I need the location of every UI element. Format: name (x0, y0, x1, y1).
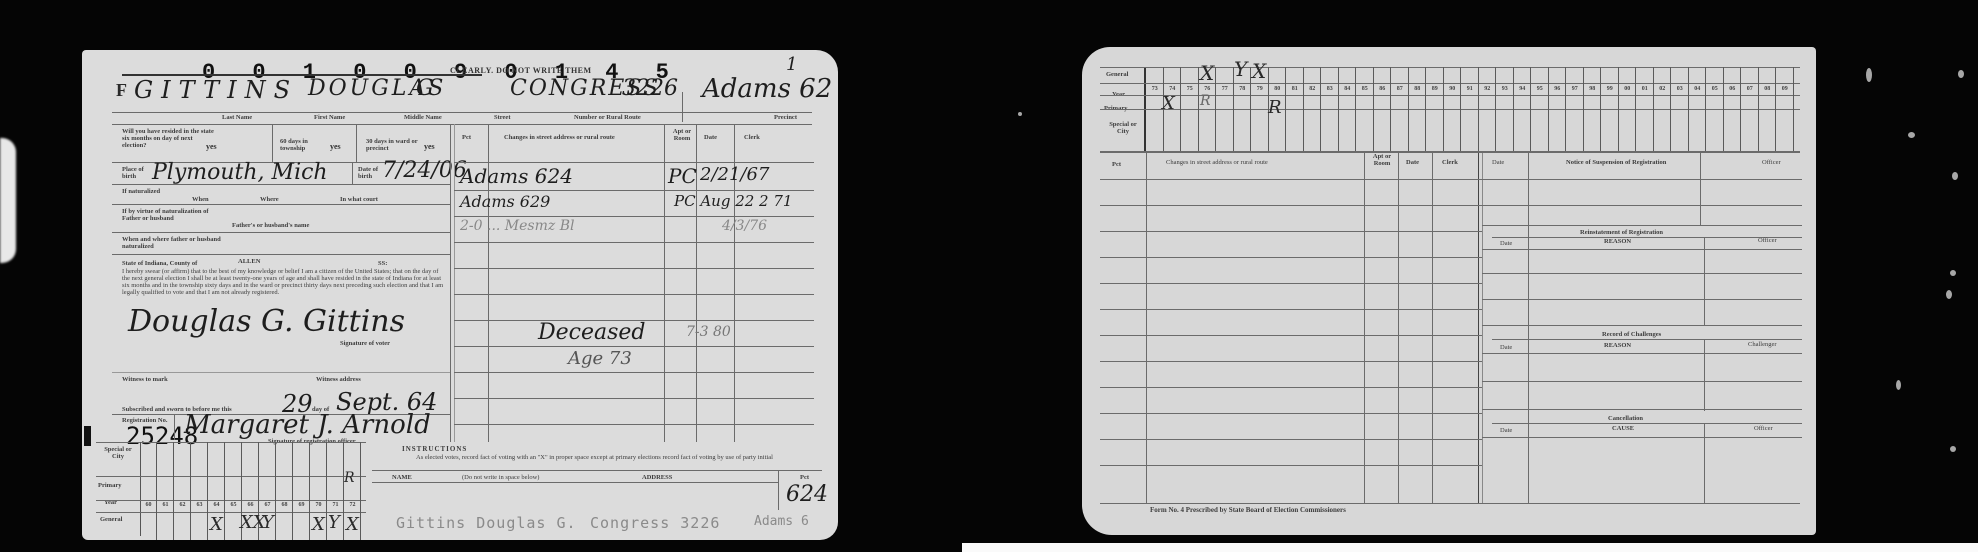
col-header-clerk: Clerk (744, 134, 760, 141)
suspension-header-notice: Notice of Suspension of Registration (1566, 159, 1666, 166)
change-row-3-date: 4/3/76 (722, 218, 767, 234)
challenges-title: Record of Challenges (1602, 331, 1661, 338)
primary-mark-72: R (344, 470, 355, 486)
col-header-apt: Apt or Room (670, 128, 694, 142)
oath-text: I hereby swear (or affirm) that to the b… (122, 268, 448, 296)
instructions-text: As elected votes, record fact of voting … (416, 454, 826, 461)
label-resided-township: 60 days in township (280, 138, 328, 152)
label-pct: Pct (800, 474, 809, 481)
scan-dust (1908, 132, 1915, 138)
scan-dust (1950, 270, 1956, 276)
label-address: ADDRESS (642, 474, 672, 481)
label-place-of-birth: Place of birth (122, 166, 148, 180)
back-primary-mark-80: R (1268, 97, 1282, 118)
back-general-mark-78: Y (1234, 57, 1247, 81)
back-primary-mark-76: R (1200, 93, 1211, 109)
typed-address: Congress 3226 (590, 514, 720, 532)
label-resided-state: Will you have resided in the state six m… (122, 128, 216, 149)
instructions-title: INSTRUCTIONS (402, 446, 467, 453)
label-ss: SS: (378, 260, 387, 267)
answer-township-yes: yes (330, 142, 341, 151)
change-row-1-apt: PC (668, 164, 697, 188)
header-notice: CLEARLY. DO NOT WRITE THEM (450, 66, 592, 75)
general-mark-67: Y (262, 512, 274, 533)
reinstatement-title: Reinstatement of Registration (1580, 229, 1663, 236)
reinstatement-header-date: Date (1500, 240, 1512, 247)
index-tab-mark (84, 426, 91, 446)
cancellation-header-cause: CAUSE (1612, 425, 1634, 432)
precinct-value: Adams 62 (702, 74, 832, 104)
answer-ward-yes: yes (424, 142, 435, 151)
change-row-1-date: 2/21/67 (700, 164, 769, 185)
label-when-where-father: When and where father or husband natural… (122, 236, 222, 250)
scan-dust (1018, 112, 1022, 116)
cancellation-header-officer: Officer (1754, 425, 1773, 432)
label-first-name: First Name (314, 114, 345, 121)
suspension-header-officer: Officer (1762, 159, 1781, 166)
typed-name: Gittins Douglas G. (396, 514, 577, 532)
challenges-header-reason: REASON (1604, 342, 1631, 349)
registration-card-back: General Year Primary Special or City 73 … (1082, 47, 1816, 535)
back-grid-label-general: General (1106, 71, 1128, 78)
label-father-husband: If by virtue of naturalization of Father… (122, 208, 212, 222)
scan-dust (1866, 68, 1872, 82)
general-mark-72: X (346, 514, 359, 535)
county-value: ALLEN (238, 258, 260, 265)
change-row-7-address: Age 73 (568, 348, 632, 369)
typed-precinct: Adams 6 (754, 514, 809, 529)
place-of-birth-value: Plymouth, Mich (152, 160, 328, 185)
scan-dust (1896, 380, 1901, 390)
label-signature-voter: Signature of voter (340, 340, 390, 347)
scan-artifact (0, 138, 16, 263)
middle-name: G (416, 76, 434, 101)
general-mark-71: Y (328, 512, 340, 533)
officer-signature: Margaret J. Arnold (184, 410, 431, 440)
scan-dust (1946, 290, 1952, 299)
scan-dust (1950, 446, 1956, 452)
label-witness-address: Witness address (316, 376, 361, 383)
label-no-write: (Do not write in space below) (462, 474, 539, 481)
voting-grid-labels: Special or City Primary Year General (96, 442, 141, 536)
challenges-header-challenger: Challenger (1748, 341, 1777, 348)
label-name: NAME (392, 474, 412, 481)
label-when: When (192, 196, 209, 203)
label-court: In what court (340, 196, 378, 203)
general-mark-64: X (210, 514, 223, 535)
change-row-2-address: Adams 629 (460, 192, 550, 211)
grid-label-general: General (100, 516, 122, 523)
pct-value: 624 (786, 482, 828, 507)
grid-label-special: Special or City (100, 446, 136, 460)
house-number: 3226 (622, 76, 678, 101)
label-witness-mark: Witness to mark (122, 376, 168, 383)
cancellation-title: Cancellation (1608, 415, 1643, 422)
reinstatement-header-officer: Officer (1758, 237, 1777, 244)
col-header-pct: Pct (462, 134, 471, 141)
back-col-header-changes: Changes in street address or rural route (1166, 159, 1268, 166)
reinstatement-header-reason: REASON (1604, 238, 1631, 245)
label-number: Number or Rural Route (574, 114, 641, 121)
label-naturalized: If naturalized (122, 188, 182, 195)
registration-card-front: 0 0 1 0 0 9 0 1 4 5 CLEARLY. DO NOT WRIT… (82, 50, 838, 540)
label-where: Where (260, 196, 279, 203)
label-precinct: Precinct (774, 114, 797, 121)
change-row-6-date: 7-3 80 (686, 324, 731, 340)
back-col-header-apt: Apt or Room (1368, 153, 1396, 167)
label-street: Street (494, 114, 510, 121)
back-year-labels: 73 74 75 76 77 78 79 80 81 82 83 84 85 8… (1146, 86, 1794, 92)
voter-signature: Douglas G. Gittins (128, 304, 405, 339)
label-resided-ward: 30 days in ward or precinct (366, 138, 422, 152)
back-general-mark-80: X (1252, 59, 1266, 83)
scan-dust (1952, 172, 1958, 180)
label-state-county: State of Indiana, County of (122, 260, 197, 267)
col-header-date: Date (704, 134, 717, 141)
corner-mark: 1 (786, 54, 797, 75)
change-row-1-address: Adams 624 (460, 164, 573, 188)
name-prefix: F (116, 80, 127, 101)
last-name: GITTINS (134, 76, 298, 104)
back-general-mark-76: X (1200, 61, 1214, 85)
back-col-header-date: Date (1406, 159, 1419, 166)
cancellation-header-date: Date (1500, 427, 1512, 434)
scan-edge-strip (962, 543, 1978, 552)
label-father-husband-name: Father's or husband's name (232, 222, 309, 229)
back-grid-label-special: Special or City (1106, 121, 1140, 135)
front-year-labels: 60 61 62 63 64 65 66 67 68 69 70 71 72 (140, 502, 361, 508)
challenges-header-date: Date (1500, 344, 1512, 351)
suspension-header-date: Date (1492, 159, 1504, 166)
scan-dust (1958, 70, 1964, 78)
label-last-name: Last Name (222, 114, 252, 121)
answer-state-yes: yes (206, 142, 217, 151)
back-primary-mark-74: X (1162, 93, 1175, 114)
general-mark-70: X (312, 514, 325, 535)
grid-label-primary: Primary (98, 482, 121, 489)
back-col-header-clerk: Clerk (1442, 159, 1458, 166)
back-col-header-pct: Pct (1112, 161, 1121, 168)
change-row-3-address: 2-0 ... Mesmz Bl (460, 218, 574, 234)
change-row-6-address: Deceased (538, 320, 646, 345)
label-date-of-birth: Date of birth (358, 166, 382, 180)
col-header-changes: Changes in street address or rural route (504, 134, 615, 141)
label-middle-name: Middle Name (404, 114, 442, 121)
change-row-2-date: PC Aug 22 2 71 (674, 192, 792, 210)
form-footer: Form No. 4 Prescribed by State Board of … (1150, 507, 1346, 514)
